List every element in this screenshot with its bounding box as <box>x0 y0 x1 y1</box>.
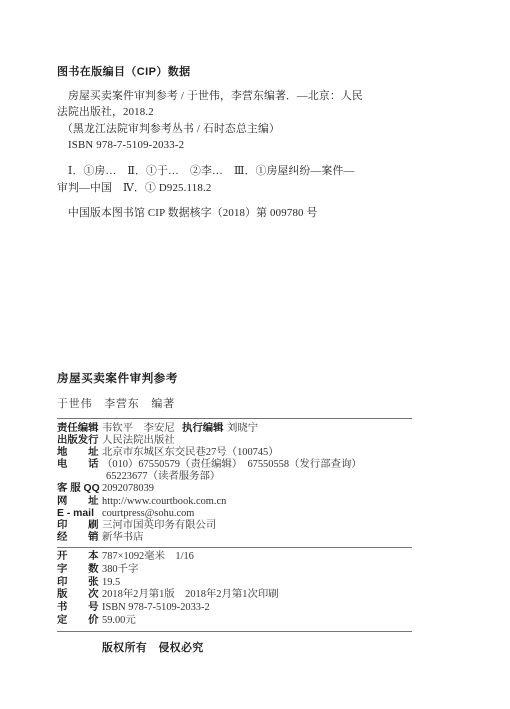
cip-record-line2: 法院出版社，2018.2 <box>57 104 367 121</box>
copyright-page: 图书在版编目（CIP）数据 房屋买卖案件审判参考 / 于世伟，李营东编著．—北京… <box>0 0 510 709</box>
copyright-notice: 版权所有 侵权必究 <box>102 640 412 655</box>
cip-record-number: 中国版本图书馆 CIP 数据核字（2018）第 009780 号 <box>57 205 367 222</box>
responsible-editor-label: 责任编辑 <box>57 423 102 435</box>
service-qq-row: 客 服 QQ 2092078039 <box>57 483 412 495</box>
phone-label: 电 话 <box>57 459 102 471</box>
word-count-value: 380千字 <box>102 564 138 577</box>
printing-info: 开 本 787×1092毫米 1/16 字 数 380千字 印 张 19.5 版… <box>57 548 412 631</box>
book-authors: 于世伟 李营东 编著 <box>57 395 412 411</box>
address-row: 地 址 北京市东城区东交民巷27号（100745） <box>57 447 412 459</box>
website-value: http://www.courtbook.com.cn <box>102 496 226 508</box>
website-label: 网 址 <box>57 496 102 508</box>
email-row: E - mail courtpress@sohu.com <box>57 508 412 520</box>
printer-label: 印 刷 <box>57 520 102 532</box>
sheets-label: 印 张 <box>57 577 102 590</box>
executive-editor-label: 执行编辑 <box>182 423 227 435</box>
isbn-row: 书 号 ISBN 978-7-5109-2033-2 <box>57 602 412 615</box>
format-value: 787×1092毫米 1/16 <box>102 551 194 564</box>
isbn-value: ISBN 978-7-5109-2033-2 <box>102 602 210 615</box>
book-title: 房屋买卖案件审判参考 <box>57 370 412 386</box>
address-value: 北京市东城区东交民巷27号（100745） <box>102 447 279 459</box>
distributor-row: 经 销 新华书店 <box>57 532 412 544</box>
responsible-editor-names: 韦钦平 李安尼 <box>102 423 182 435</box>
cip-isbn-line: ISBN 978-7-5109-2033-2 <box>57 137 367 154</box>
email-value: courtpress@sohu.com <box>102 508 194 520</box>
phone-row: 电 话 （010）67550579（责任编辑） 67550558（发行部查询） <box>57 459 412 471</box>
cip-classification-line1: Ⅰ．①房… Ⅱ．①于… ②李… Ⅲ．①房屋纠纷—案件— <box>57 163 367 180</box>
cip-classification-line2: 审判—中国 Ⅳ．① D925.118.2 <box>57 180 367 197</box>
publisher-row: 出版发行 人民法院出版社 <box>57 435 412 447</box>
service-qq-label: 客 服 QQ <box>57 483 102 495</box>
website-row: 网 址 http://www.courtbook.com.cn <box>57 496 412 508</box>
cip-series-line: （黑龙江法院审判参考丛书 / 石时态总主编） <box>57 121 367 138</box>
phone-row-continued: 65223677（读者服务部） <box>57 471 412 483</box>
word-count-label: 字 数 <box>57 564 102 577</box>
sheets-value: 19.5 <box>102 577 120 590</box>
phone-value: （010）67550579（责任编辑） 67550558（发行部查询） <box>102 459 362 471</box>
price-value: 59.00元 <box>102 615 136 628</box>
publication-info: 责任编辑 韦钦平 李安尼 执行编辑 刘晓宁 出版发行 人民法院出版社 地 址 北… <box>57 419 412 547</box>
printer-value: 三河市国英印务有限公司 <box>102 520 216 532</box>
executive-editor-name: 刘晓宁 <box>227 423 258 435</box>
edition-value: 2018年2月第1版 2018年2月第1次印刷 <box>102 589 279 602</box>
cip-section: 图书在版编目（CIP）数据 房屋买卖案件审判参考 / 于世伟，李营东编著．—北京… <box>57 64 367 222</box>
word-count-row: 字 数 380千字 <box>57 564 412 577</box>
address-label: 地 址 <box>57 447 102 459</box>
colophon-section: 房屋买卖案件审判参考 于世伟 李营东 编著 责任编辑 韦钦平 李安尼 执行编辑 … <box>57 370 412 655</box>
price-label: 定 价 <box>57 615 102 628</box>
publisher-value: 人民法院出版社 <box>102 435 175 447</box>
divider-rule-bottom <box>57 631 412 632</box>
distributor-label: 经 销 <box>57 532 102 544</box>
isbn-label: 书 号 <box>57 602 102 615</box>
distributor-value: 新华书店 <box>102 532 144 544</box>
format-label: 开 本 <box>57 551 102 564</box>
sheets-row: 印 张 19.5 <box>57 577 412 590</box>
service-qq-value: 2092078039 <box>102 483 154 495</box>
edition-row: 版 次 2018年2月第1版 2018年2月第1次印刷 <box>57 589 412 602</box>
printer-row: 印 刷 三河市国英印务有限公司 <box>57 520 412 532</box>
format-row: 开 本 787×1092毫米 1/16 <box>57 551 412 564</box>
price-row: 定 价 59.00元 <box>57 615 412 628</box>
cip-header: 图书在版编目（CIP）数据 <box>57 64 367 81</box>
editor-row: 责任编辑 韦钦平 李安尼 执行编辑 刘晓宁 <box>57 423 412 435</box>
phone-value-line2: 65223677（读者服务部） <box>102 471 220 483</box>
edition-label: 版 次 <box>57 589 102 602</box>
publisher-label: 出版发行 <box>57 435 102 447</box>
email-label: E - mail <box>57 508 102 520</box>
cip-record-line1: 房屋买卖案件审判参考 / 于世伟，李营东编著．—北京：人民 <box>57 88 367 105</box>
